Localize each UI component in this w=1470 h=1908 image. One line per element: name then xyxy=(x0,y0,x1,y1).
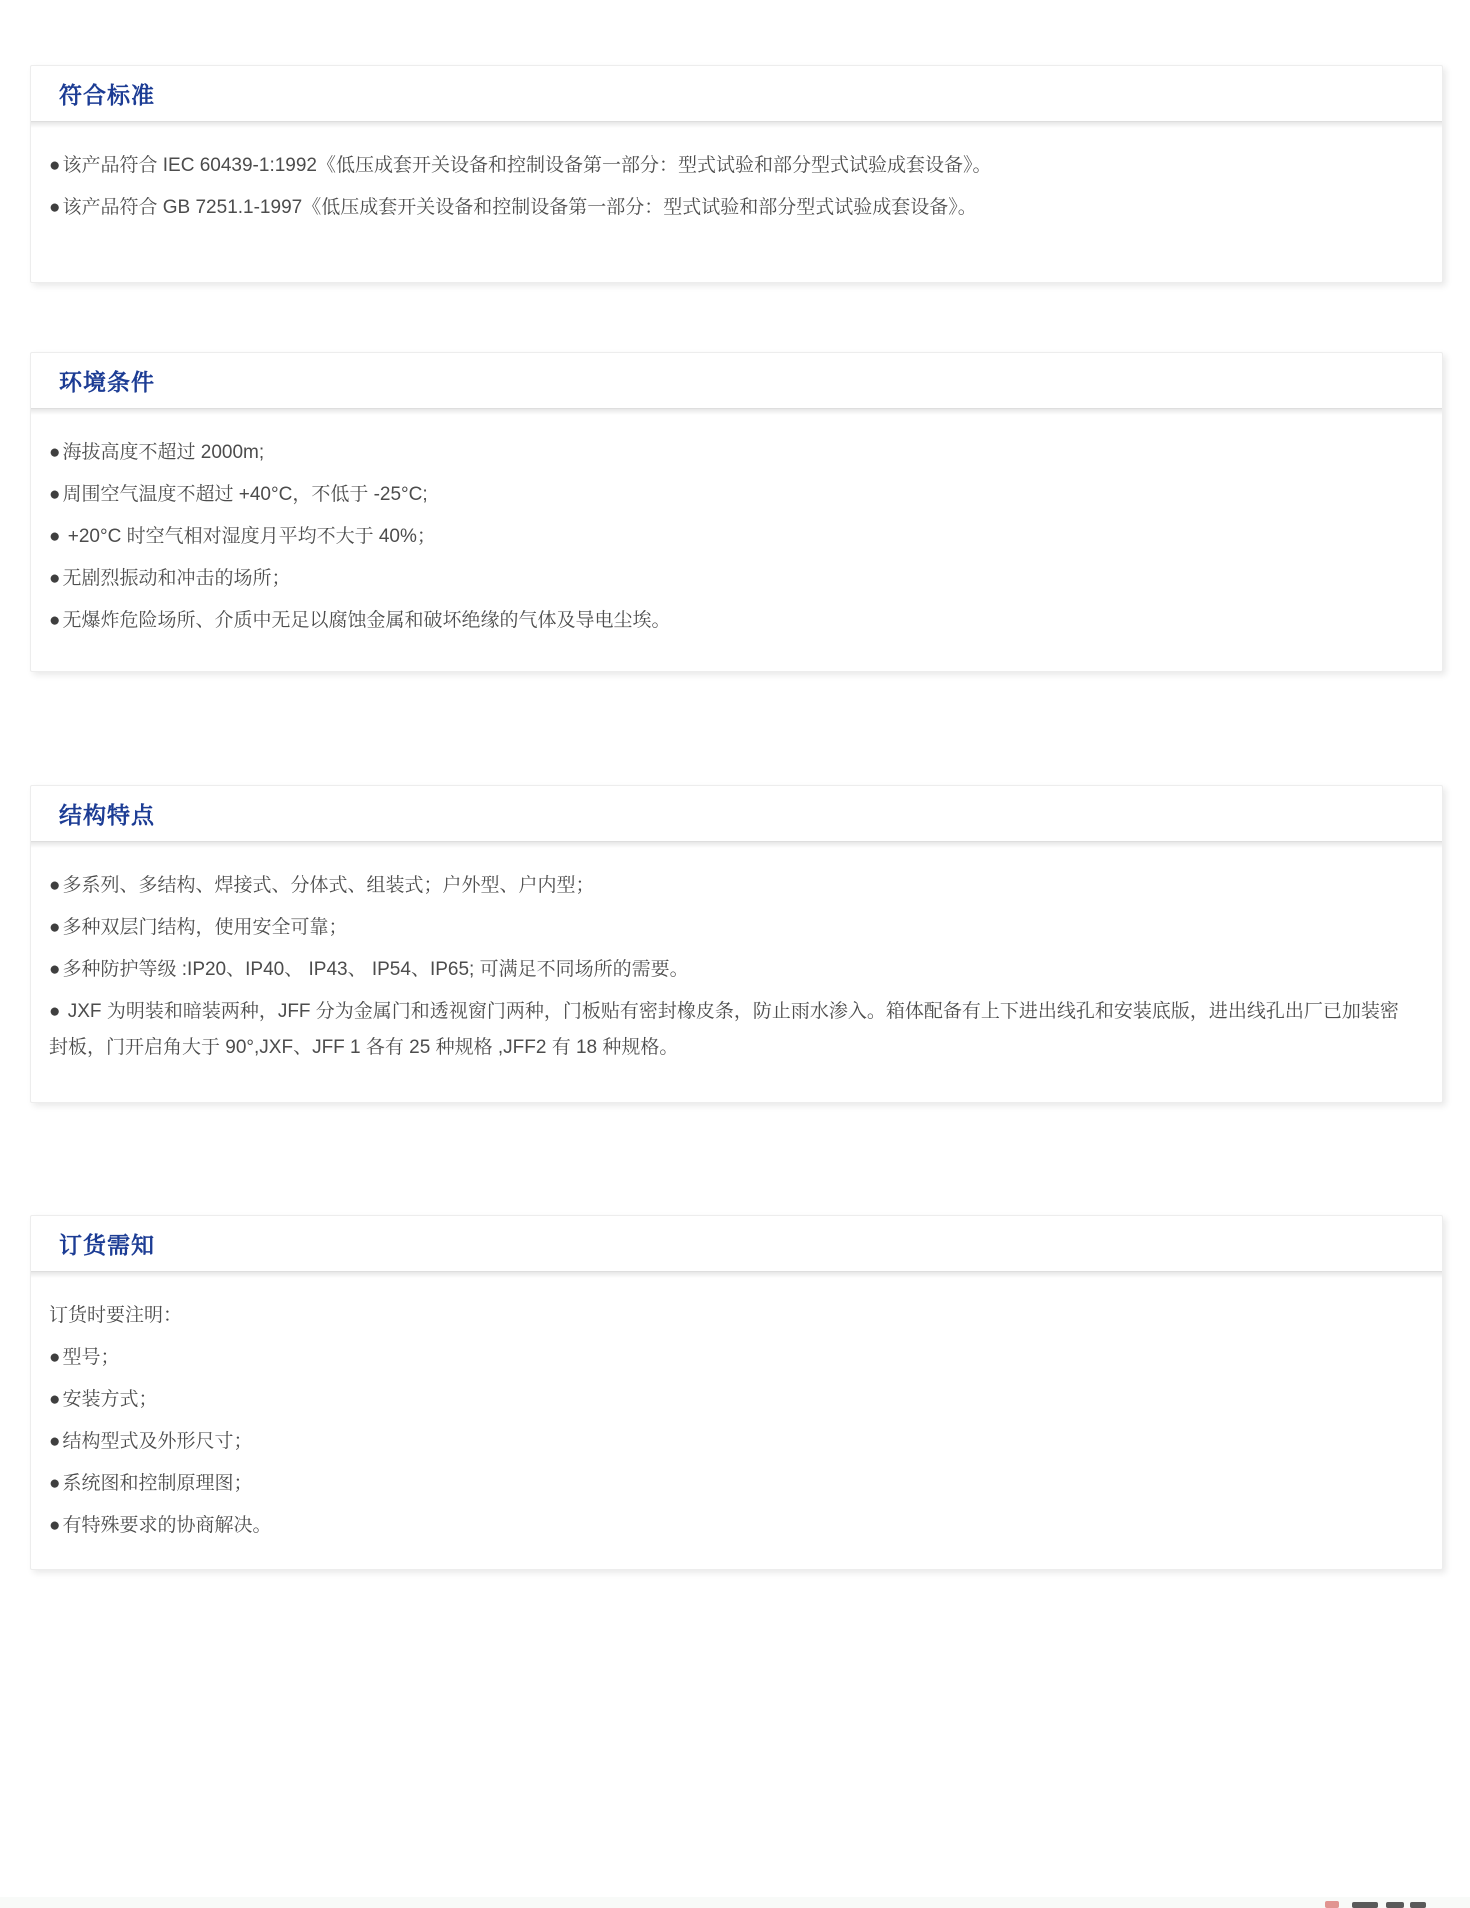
section-structure-card: 结构特点 ●多系列、多结构、焊接式、分体式、组装式；户外型、户内型； ●多种双层… xyxy=(30,785,1443,1103)
bullet-text: 该产品符合 IEC 60439-1:1992《低压成套开关设备和控制设备第一部分… xyxy=(62,155,991,176)
bullet-text: 该产品符合 GB 7251.1-1997《低压成套开关设备和控制设备第一部分：型… xyxy=(62,197,976,218)
bullet-text: 多种防护等级 :IP20、IP40、 IP43、 IP54、IP65; 可满足不… xyxy=(62,959,688,980)
bullet-text: 海拔高度不超过 2000m; xyxy=(62,442,264,463)
bullet-text: JXF 为明装和暗装两种，JFF 分为金属门和透视窗门两种，门板贴有密封橡皮条，… xyxy=(49,1001,1399,1058)
bullet-icon: ● xyxy=(49,875,60,896)
section-ordering-header: 订货需知 xyxy=(31,1216,1442,1271)
bullet-item: ●结构型式及外形尺寸； xyxy=(49,1424,1414,1460)
section-ordering-card: 订货需知 订货时要注明： ●型号； ●安装方式； ●结构型式及外形尺寸； ●系统… xyxy=(30,1215,1443,1570)
section-environment-card: 环境条件 ●海拔高度不超过 2000m; ●周围空气温度不超过 +40°C，不低… xyxy=(30,352,1443,672)
section-divider xyxy=(31,408,1442,415)
bullet-item: ●海拔高度不超过 2000m; xyxy=(49,435,1414,471)
bullet-icon: ● xyxy=(49,1473,60,1494)
bullet-text: 型号； xyxy=(62,1347,119,1368)
bullet-icon: ● xyxy=(49,610,60,631)
footer-clipped-red-mark xyxy=(1325,1901,1339,1908)
bullet-item: ● +20°C 时空气相对湿度月平均不大于 40%； xyxy=(49,519,1414,555)
section-title-ordering: 订货需知 xyxy=(59,1227,155,1260)
bullet-icon: ● xyxy=(49,568,60,589)
section-divider xyxy=(31,841,1442,848)
bullet-text: 安装方式； xyxy=(62,1389,157,1410)
section-standards-header: 符合标准 xyxy=(31,66,1442,121)
bullet-icon: ● xyxy=(49,959,60,980)
footer-clipped-text-fragment xyxy=(1386,1902,1404,1908)
bullet-text: 无剧烈振动和冲击的场所； xyxy=(62,568,290,589)
bullet-text: +20°C 时空气相对湿度月平均不大于 40%； xyxy=(62,526,435,547)
bullet-text: 无爆炸危险场所、介质中无足以腐蚀金属和破坏绝缘的气体及导电尘埃。 xyxy=(62,610,670,631)
bullet-text: 周围空气温度不超过 +40°C，不低于 -25°C; xyxy=(62,484,427,505)
bullet-icon: ● xyxy=(49,1515,60,1536)
footer-clipped-text-fragment xyxy=(1410,1902,1426,1908)
section-standards-body: ●该产品符合 IEC 60439-1:1992《低压成套开关设备和控制设备第一部… xyxy=(31,128,1442,226)
footer-clipped-text-fragment xyxy=(1352,1902,1378,1908)
section-structure-body: ●多系列、多结构、焊接式、分体式、组装式；户外型、户内型； ●多种双层门结构，使… xyxy=(31,848,1442,1066)
section-structure-header: 结构特点 xyxy=(31,786,1442,841)
bullet-item: ●周围空气温度不超过 +40°C，不低于 -25°C; xyxy=(49,477,1414,513)
bullet-text: 结构型式及外形尺寸； xyxy=(62,1431,252,1452)
bullet-icon: ● xyxy=(49,917,60,938)
bullet-icon: ● xyxy=(49,1347,60,1368)
section-standards-card: 符合标准 ●该产品符合 IEC 60439-1:1992《低压成套开关设备和控制… xyxy=(30,65,1443,283)
bullet-item: ●多种双层门结构，使用安全可靠； xyxy=(49,910,1414,946)
section-divider xyxy=(31,121,1442,128)
bullet-item: ●该产品符合 IEC 60439-1:1992《低压成套开关设备和控制设备第一部… xyxy=(49,148,1414,184)
bullet-item: ●该产品符合 GB 7251.1-1997《低压成套开关设备和控制设备第一部分：… xyxy=(49,190,1414,226)
bullet-icon: ● xyxy=(49,1001,60,1022)
bullet-item: ●多系列、多结构、焊接式、分体式、组装式；户外型、户内型； xyxy=(49,868,1414,904)
bullet-item: ●无爆炸危险场所、介质中无足以腐蚀金属和破坏绝缘的气体及导电尘埃。 xyxy=(49,603,1414,639)
product-spec-page: 符合标准 ●该产品符合 IEC 60439-1:1992《低压成套开关设备和控制… xyxy=(0,65,1470,1570)
bullet-item: ●系统图和控制原理图； xyxy=(49,1466,1414,1502)
section-ordering-body: 订货时要注明： ●型号； ●安装方式； ●结构型式及外形尺寸； ●系统图和控制原… xyxy=(31,1278,1442,1544)
bullet-icon: ● xyxy=(49,197,60,218)
bullet-icon: ● xyxy=(49,155,60,176)
bullet-icon: ● xyxy=(49,484,60,505)
section-title-environment: 环境条件 xyxy=(59,364,155,397)
bullet-text: 系统图和控制原理图； xyxy=(62,1473,252,1494)
bullet-item: ●无剧烈振动和冲击的场所； xyxy=(49,561,1414,597)
ordering-intro-text: 订货时要注明： xyxy=(49,1298,1414,1334)
bullet-icon: ● xyxy=(49,1389,60,1410)
bullet-icon: ● xyxy=(49,442,60,463)
section-environment-body: ●海拔高度不超过 2000m; ●周围空气温度不超过 +40°C，不低于 -25… xyxy=(31,415,1442,639)
section-title-standards: 符合标准 xyxy=(59,77,155,110)
bullet-item: ●多种防护等级 :IP20、IP40、 IP43、 IP54、IP65; 可满足… xyxy=(49,952,1414,988)
section-divider xyxy=(31,1271,1442,1278)
bullet-item: ●安装方式； xyxy=(49,1382,1414,1418)
bullet-item: ●有特殊要求的协商解决。 xyxy=(49,1508,1414,1544)
footer-band xyxy=(0,1897,1470,1908)
bullet-item: ● JXF 为明装和暗装两种，JFF 分为金属门和透视窗门两种，门板贴有密封橡皮… xyxy=(49,994,1414,1066)
bullet-item: ●型号； xyxy=(49,1340,1414,1376)
section-title-structure: 结构特点 xyxy=(59,797,155,830)
bullet-icon: ● xyxy=(49,526,60,547)
bullet-icon: ● xyxy=(49,1431,60,1452)
bullet-text: 多种双层门结构，使用安全可靠； xyxy=(62,917,347,938)
section-environment-header: 环境条件 xyxy=(31,353,1442,408)
bullet-text: 多系列、多结构、焊接式、分体式、组装式；户外型、户内型； xyxy=(62,875,594,896)
bullet-text: 有特殊要求的协商解决。 xyxy=(62,1515,271,1536)
